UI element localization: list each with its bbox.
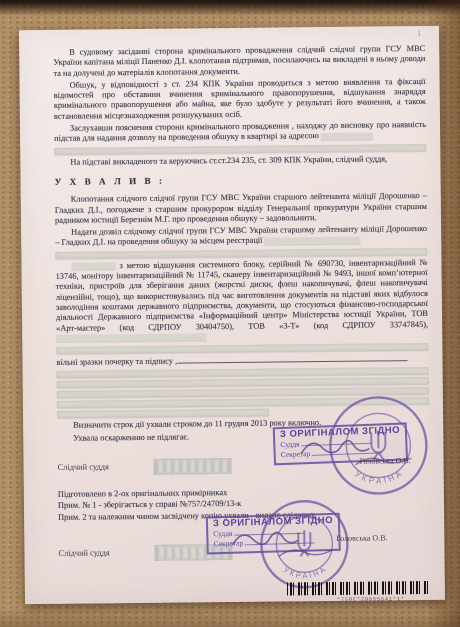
redaction-bar-registration bbox=[55, 248, 427, 259]
stamp-judge-label-2: Суддя bbox=[213, 529, 232, 539]
stamp-secretary-label-1: Секретар bbox=[281, 449, 311, 459]
samples-line: вільні зразки почерку та підпису , bbox=[56, 353, 428, 368]
redaction-bar-5 bbox=[57, 409, 269, 418]
barcode-row: *750C*29055541*1* bbox=[59, 579, 431, 607]
samples-line-text: вільні зразки почерку та підпису , bbox=[56, 357, 177, 367]
redaction-inline-registration bbox=[265, 237, 361, 245]
round-seal-text-2: УКРАЇНА bbox=[282, 563, 329, 580]
paragraph-items-sought: з метою відшукання системного блоку, сер… bbox=[55, 258, 428, 344]
redaction-bar-1 bbox=[57, 367, 429, 378]
round-seal-text-1: УКРАЇНА bbox=[353, 468, 406, 486]
judge-label-2: Слідчий суддя bbox=[58, 548, 154, 559]
redaction-inline-address bbox=[321, 132, 373, 140]
certified-copy-stamp-2: З ОРИГІНАЛОМ ЗГІДНО Суддя Секретар bbox=[206, 513, 341, 555]
redaction-inline-trailing bbox=[56, 334, 206, 343]
stamp-judge-line-1 bbox=[301, 443, 371, 447]
paragraph-grant-motion: Клопотання слідчого слідчої групи ГСУ МВ… bbox=[55, 191, 427, 226]
signature-block-2: Слідчий суддя УКРАЇНА З ОРИГІНАЛОМ ЗГІДН… bbox=[58, 525, 431, 579]
ruling-heading: У Х В А Л И В : bbox=[55, 173, 427, 187]
stamp-secretary-line-2 bbox=[245, 543, 315, 546]
paragraph-legal-basis: На підставі викладеного та керуючись ст.… bbox=[54, 154, 426, 168]
paragraph-conclusion: Заслухавши пояснення сторони кримінально… bbox=[54, 120, 426, 144]
paragraph-permission: Надати дозвіл слідчому слідчої групи ГСУ… bbox=[55, 224, 427, 248]
paragraph-hearing: В судовому засіданні сторона кримінально… bbox=[53, 44, 425, 79]
barcode-caption: *750C*29055541*1* bbox=[337, 594, 405, 605]
stamp-secretary-label-2: Секретар bbox=[213, 539, 243, 549]
paragraph-search-law: Обшук, у відповідності з ст. 234 КПК Укр… bbox=[54, 77, 426, 122]
judge-label-1: Слідчий суддя bbox=[58, 462, 154, 473]
redaction-bar-2 bbox=[57, 377, 429, 388]
stamp-judge-line-2 bbox=[234, 533, 304, 536]
paragraph-permission-text: Надати дозвіл слідчому слідчої групи ГСУ… bbox=[55, 224, 427, 247]
cork-bottom-shade bbox=[0, 609, 460, 627]
samples-underline bbox=[177, 353, 407, 363]
redaction-bar-address bbox=[54, 144, 426, 155]
redaction-inline-lead bbox=[71, 263, 115, 270]
judge-name-1: Головська О.В. bbox=[359, 456, 410, 467]
court-ruling-page: 1 В судовому засіданні сторона криміналь… bbox=[19, 26, 445, 604]
page-number: 1 bbox=[417, 29, 421, 39]
svg-text:УКРАЇНА: УКРАЇНА bbox=[353, 468, 406, 486]
redacted-signature-1 bbox=[154, 458, 232, 475]
signature-block-1: Слідчий суддя УКРАЇНА З ОРИГІНАЛОМ ЗГІДН… bbox=[57, 444, 429, 488]
redaction-bar-after-items bbox=[56, 343, 428, 354]
cork-top-shadow bbox=[0, 0, 460, 16]
judge-name-2: Головська О.В. bbox=[336, 533, 387, 544]
barcode bbox=[287, 581, 429, 595]
stamp-judge-label-1: Суддя bbox=[280, 440, 300, 450]
svg-text:УКРАЇНА: УКРАЇНА bbox=[282, 563, 329, 580]
